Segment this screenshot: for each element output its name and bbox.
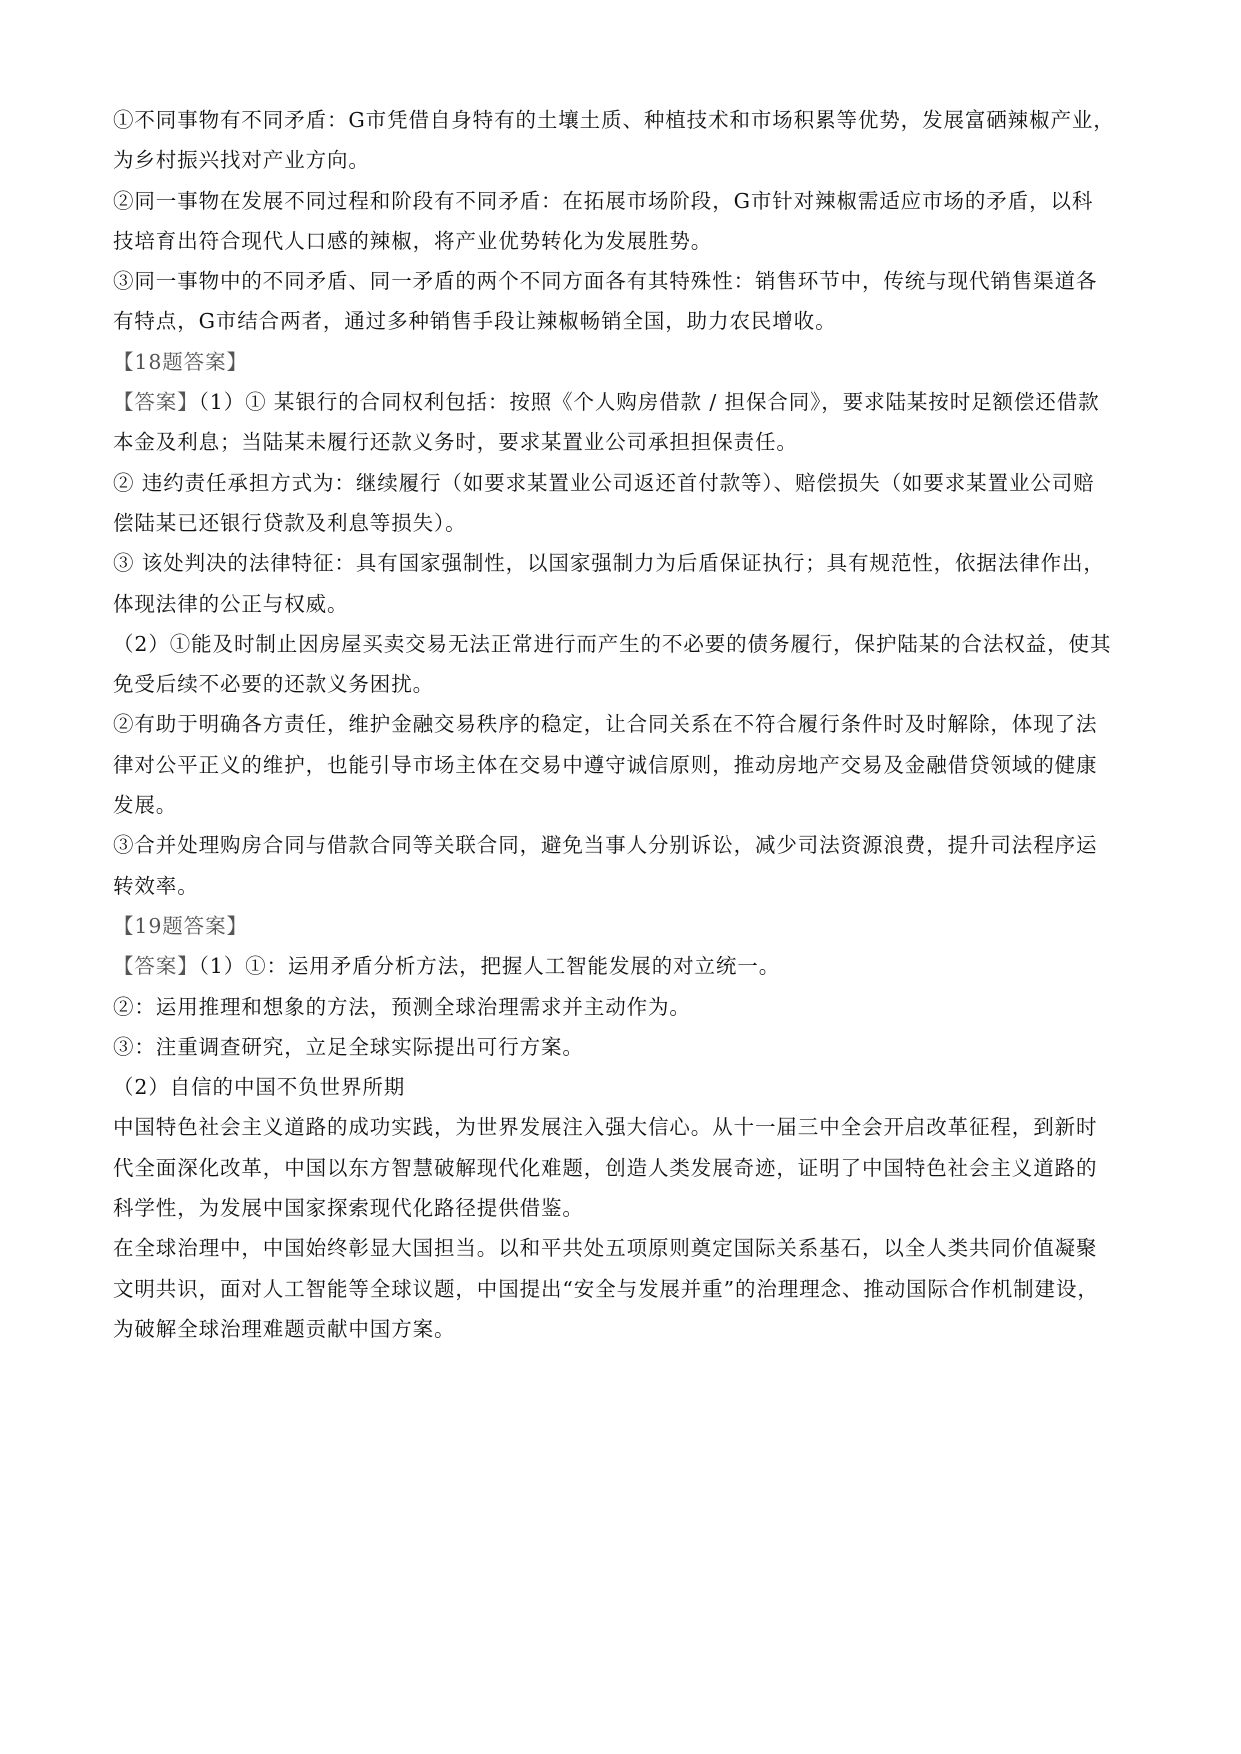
- text-line: ③ 该处判决的法律特征：具有国家强制性，以国家强制力为后盾保证执行；具有规范性，…: [113, 543, 1123, 583]
- text-line: （2）自信的中国不负世界所期: [113, 1067, 1123, 1107]
- answer-text: （1）① 某银行的合同权利包括：按照《个人购房借款 / 担保合同》，要求陆某按时…: [199, 390, 1100, 414]
- q18-heading: 【18题答案】: [113, 342, 1123, 382]
- text-line: （2）①能及时制止因房屋买卖交易无法正常进行而产生的不必要的债务履行，保护陆某的…: [113, 624, 1123, 664]
- text-line: 偿陆某已还银行贷款及利息等损失）。: [113, 503, 1123, 543]
- document-page: ①不同事物有不同矛盾：G市凭借自身特有的土壤土质、种植技术和市场积累等优势，发展…: [113, 100, 1123, 1349]
- answer-label: 【答案】: [113, 390, 199, 414]
- text-line: 在全球治理中，中国始终彰显大国担当。以和平共处五项原则奠定国际关系基石，以全人类…: [113, 1228, 1123, 1268]
- answer-label: 【答案】: [113, 954, 199, 978]
- text-line: 体现法律的公正与权威。: [113, 584, 1123, 624]
- text-line: 律对公平正义的维护，也能引导市场主体在交易中遵守诚信原则，推动房地产交易及金融借…: [113, 745, 1123, 785]
- text-line: ②：运用推理和想象的方法，预测全球治理需求并主动作为。: [113, 987, 1123, 1027]
- q19-answer-first-line: 【答案】（1）①：运用矛盾分析方法，把握人工智能发展的对立统一。: [113, 946, 1123, 986]
- text-line: ③合并处理购房合同与借款合同等关联合同，避免当事人分别诉讼，减少司法资源浪费，提…: [113, 825, 1123, 865]
- text-line: 有特点，G市结合两者，通过多种销售手段让辣椒畅销全国，助力农民增收。: [113, 301, 1123, 341]
- text-line: ③：注重调查研究，立足全球实际提出可行方案。: [113, 1027, 1123, 1067]
- text-line: 为破解全球治理难题贡献中国方案。: [113, 1309, 1123, 1349]
- text-line: 免受后续不必要的还款义务困扰。: [113, 664, 1123, 704]
- text-line: 本金及利息；当陆某未履行还款义务时，要求某置业公司承担担保责任。: [113, 422, 1123, 462]
- text-line: 代全面深化改革，中国以东方智慧破解现代化难题，创造人类发展奇迹，证明了中国特色社…: [113, 1148, 1123, 1188]
- text-line: ② 违约责任承担方式为：继续履行（如要求某置业公司返还首付款等）、赔偿损失（如要…: [113, 463, 1123, 503]
- text-line: ①不同事物有不同矛盾：G市凭借自身特有的土壤土质、种植技术和市场积累等优势，发展…: [113, 100, 1123, 140]
- q18-answer-first-line: 【答案】（1）① 某银行的合同权利包括：按照《个人购房借款 / 担保合同》，要求…: [113, 382, 1123, 422]
- q19-heading: 【19题答案】: [113, 906, 1123, 946]
- text-line: 科学性，为发展中国家探索现代化路径提供借鉴。: [113, 1188, 1123, 1228]
- text-line: 转效率。: [113, 866, 1123, 906]
- text-line: 技培育出符合现代人口感的辣椒，将产业优势转化为发展胜势。: [113, 221, 1123, 261]
- text-line: ②有助于明确各方责任，维护金融交易秩序的稳定，让合同关系在不符合履行条件时及时解…: [113, 704, 1123, 744]
- text-line: ②同一事物在发展不同过程和阶段有不同矛盾：在拓展市场阶段，G市针对辣椒需适应市场…: [113, 181, 1123, 221]
- text-line: 发展。: [113, 785, 1123, 825]
- text-line: 中国特色社会主义道路的成功实践，为世界发展注入强大信心。从十一届三中全会开启改革…: [113, 1107, 1123, 1147]
- answer-text: （1）①：运用矛盾分析方法，把握人工智能发展的对立统一。: [199, 954, 781, 978]
- text-line: ③同一事物中的不同矛盾、同一矛盾的两个不同方面各有其特殊性：销售环节中，传统与现…: [113, 261, 1123, 301]
- text-line: 文明共识，面对人工智能等全球议题，中国提出“安全与发展并重”的治理理念、推动国际…: [113, 1269, 1123, 1309]
- text-line: 为乡村振兴找对产业方向。: [113, 140, 1123, 180]
